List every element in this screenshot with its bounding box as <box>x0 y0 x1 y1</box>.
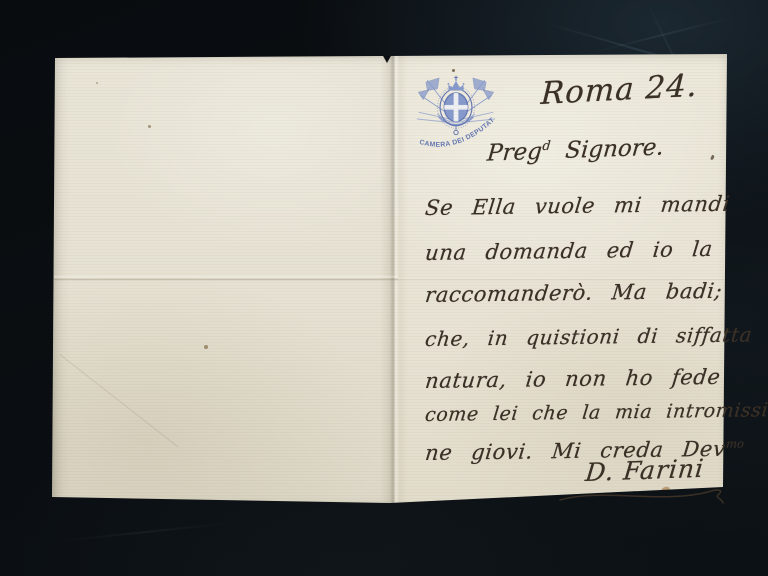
signature: D. Farini <box>584 454 706 487</box>
crest-pendant-icon <box>454 126 458 135</box>
background-scratch <box>590 16 736 54</box>
background-scratch <box>60 522 229 541</box>
letter-sheet: CAMERA DEI DEPUTATI <box>52 54 730 504</box>
photo-of-letter: CAMERA DEI DEPUTATI Roma 24. Pregd Signo… <box>0 0 768 576</box>
body-line: raccomanderò. Ma badi; <box>424 279 724 307</box>
paper-speck <box>204 345 208 349</box>
paper-speck <box>452 69 455 72</box>
signature-flourish <box>556 484 742 508</box>
crest-shield-icon <box>443 92 468 122</box>
paper-speck <box>148 125 151 128</box>
camera-dei-deputati-crest-icon: CAMERA DEI DEPUTATI <box>414 73 498 155</box>
crest-crown-icon <box>448 76 465 91</box>
body-line: natura, io non ho fede <box>424 365 722 393</box>
body-line: che, in quistioni di siffatta <box>424 322 754 351</box>
fold-notch <box>382 54 392 63</box>
paper-speck <box>96 82 98 84</box>
horizontal-fold-crease <box>54 276 398 281</box>
body-line: Se Ella vuole mi mandi <box>424 192 731 220</box>
body-line: una domanda ed io la <box>424 237 714 265</box>
